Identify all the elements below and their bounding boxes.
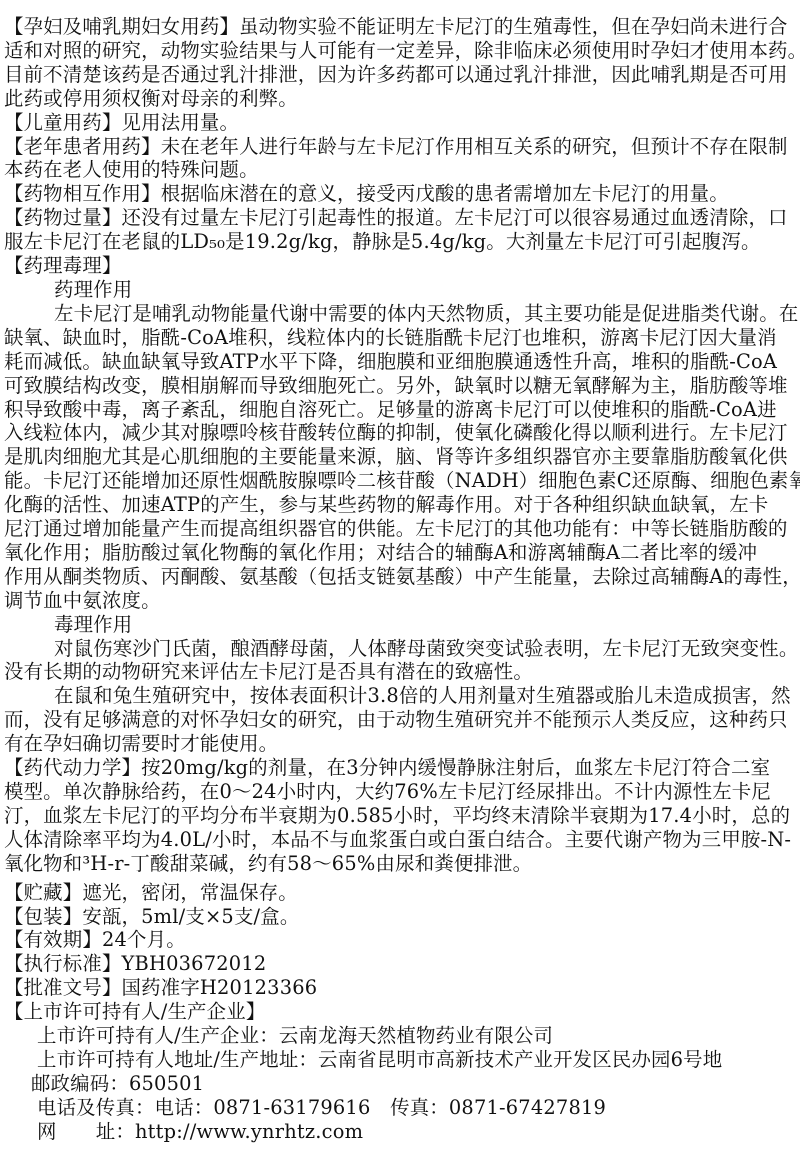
text-line: 适和对照的研究，动物实验结果与人可能有一定差异，除非临床必须使用时孕妇才使用本药… xyxy=(4,39,796,63)
text-line: 【药物相互作用】根据临床潜在的意义，接受丙戊酸的患者需增加左卡尼汀的用量。 xyxy=(4,182,796,206)
document-body: 【孕妇及哺乳期妇女用药】虽动物实验不能证明左卡尼汀的生殖毒性，但在孕妇尚未进行合… xyxy=(0,0,800,1144)
text-line: 可致膜结构改变，膜相崩解而导致细胞死亡。另外，缺氧时以糖无氧酵解为主，脂肪酸等堆 xyxy=(4,374,796,398)
text-line: 【批准文号】国药准字H20123366 xyxy=(4,976,796,1000)
text-line: 目前不清楚该药是否通过乳汁排泄，因为许多药都可以通过乳汁排泄，因此哺乳期是否可用 xyxy=(4,63,796,87)
text-line: 化酶的活性、加速ATP的产生，参与某些药物的解毒作用。对于各种组织缺血缺氧，左卡 xyxy=(4,493,796,517)
text-line: 此药或停用须权衡对母亲的利弊。 xyxy=(4,87,796,111)
text-line: 【药理毒理】 xyxy=(4,254,796,278)
text-line: 左卡尼汀是哺乳动物能量代谢中需要的体内天然物质，其主要功能是促进脂类代谢。在 xyxy=(4,302,796,326)
text-line: 【孕妇及哺乳期妇女用药】虽动物实验不能证明左卡尼汀的生殖毒性，但在孕妇尚未进行合 xyxy=(4,15,796,39)
text-line: 有在孕妇确切需要时才能使用。 xyxy=(4,732,796,756)
text-line: 【儿童用药】见用法用量。 xyxy=(4,111,796,135)
text-line: 【执行标准】YBH03672012 xyxy=(4,952,796,976)
text-line: 入线粒体内，减少其对腺嘌呤核苷酸转位酶的抑制，使氧化磷酸化得以顺利进行。左卡尼汀 xyxy=(4,421,796,445)
text-line: 氧化作用；脂肪酸过氧化物酶的氧化作用；对结合的辅酶A和游离辅酶A二者比率的缓冲 xyxy=(4,541,796,565)
text-line: 上市许可持有人/生产企业：云南龙海天然植物药业有限公司 xyxy=(4,1024,796,1048)
text-line: 能。卡尼汀还能增加还原性烟酰胺腺嘌呤二核苷酸（NADH）细胞色素C还原酶、细胞色… xyxy=(4,469,796,493)
text-line: 在鼠和兔生殖研究中，按体表面积计3.8倍的人用剂量对生殖器或胎儿未造成损害，然 xyxy=(4,684,796,708)
text-line: 氧化物和³H-r-丁酸甜菜碱，约有58～65%由尿和粪便排泄。 xyxy=(4,852,796,876)
text-line: 缺氧、缺血时，脂酰-CoA堆积，线粒体内的长链脂酰卡尼汀也堆积，游离卡尼汀因大量… xyxy=(4,326,796,350)
text-line: 本药在老人使用的特殊问题。 xyxy=(4,158,796,182)
text-line: 服左卡尼汀在老鼠的LD₅₀是19.2g/kg，静脉是5.4g/kg。大剂量左卡尼… xyxy=(4,230,796,254)
text-line: 人体清除率平均为4.0L/小时，本品不与血浆蛋白或白蛋白结合。主要代谢产物为三甲… xyxy=(4,828,796,852)
text-line: 上市许可持有人地址/生产地址：云南省昆明市高新技术产业开发区民办园6号地 xyxy=(4,1048,796,1072)
text-line: 【药物过量】还没有过量左卡尼汀引起毒性的报道。左卡尼汀可以很容易通过血透清除，口 xyxy=(4,206,796,230)
text-line: 毒理作用 xyxy=(4,613,796,637)
text-line: 是肌肉细胞尤其是心肌细胞的主要能量来源，脑、肾等许多组织器官亦主要靠脂肪酸氧化供 xyxy=(4,445,796,469)
text-line: 网 址：http://www.ynrhtz.com xyxy=(4,1120,796,1144)
text-line: 而，没有足够满意的对怀孕妇女的研究，由于动物生殖研究并不能预示人类反应，这种药只 xyxy=(4,708,796,732)
text-line: 药理作用 xyxy=(4,278,796,302)
drug-insert-page: 【孕妇及哺乳期妇女用药】虽动物实验不能证明左卡尼汀的生殖毒性，但在孕妇尚未进行合… xyxy=(0,0,800,1168)
text-line: 电话及传真：电话：0871-63179616 传真：0871-67427819 xyxy=(4,1096,796,1120)
text-line: 作用从酮类物质、丙酮酸、氨基酸（包括支链氨基酸）中产生能量，去除过高辅酶A的毒性… xyxy=(4,565,796,589)
text-line: 调节血中氨浓度。 xyxy=(4,589,796,613)
text-line: 【老年患者用药】未在老年人进行年龄与左卡尼汀作用相互关系的研究，但预计不存在限制 xyxy=(4,135,796,159)
text-line: 积导致酸中毒，离子紊乱，细胞自溶死亡。足够量的游离卡尼汀可以使堆积的脂酰-CoA… xyxy=(4,398,796,422)
text-line: 【上市许可持有人/生产企业】 xyxy=(4,1000,796,1024)
text-line: 模型。单次静脉给药，在0～24小时内，大约76%左卡尼汀经尿排出。不计内源性左卡… xyxy=(4,780,796,804)
text-line: 汀，血浆左卡尼汀的平均分布半衰期为0.585小时，平均终末清除半衰期为17.4小… xyxy=(4,804,796,828)
text-line: 没有长期的动物研究来评估左卡尼汀是否具有潜在的致癌性。 xyxy=(4,660,796,684)
text-line: 【药代动力学】按20mg/kg的剂量，在3分钟内缓慢静脉注射后，血浆左卡尼汀符合… xyxy=(4,756,796,780)
text-line: 【包装】安瓿，5ml/支×5支/盒。 xyxy=(4,905,796,929)
text-line: 【有效期】24个月。 xyxy=(4,928,796,952)
text-line: 对鼠伤寒沙门氏菌，酿酒酵母菌，人体酵母菌致突变试验表明，左卡尼汀无致突变性。 xyxy=(4,637,796,661)
text-line: 尼汀通过增加能量产生而提高组织器官的供能。左卡尼汀的其他功能有：中等长链脂肪酸的 xyxy=(4,517,796,541)
text-line: 邮政编码：650501 xyxy=(4,1072,796,1096)
text-line: 耗而减低。缺血缺氧导致ATP水平下降，细胞膜和亚细胞膜通透性升高，堆积的脂酰-C… xyxy=(4,350,796,374)
text-line: 【贮藏】遮光，密闭，常温保存。 xyxy=(4,881,796,905)
